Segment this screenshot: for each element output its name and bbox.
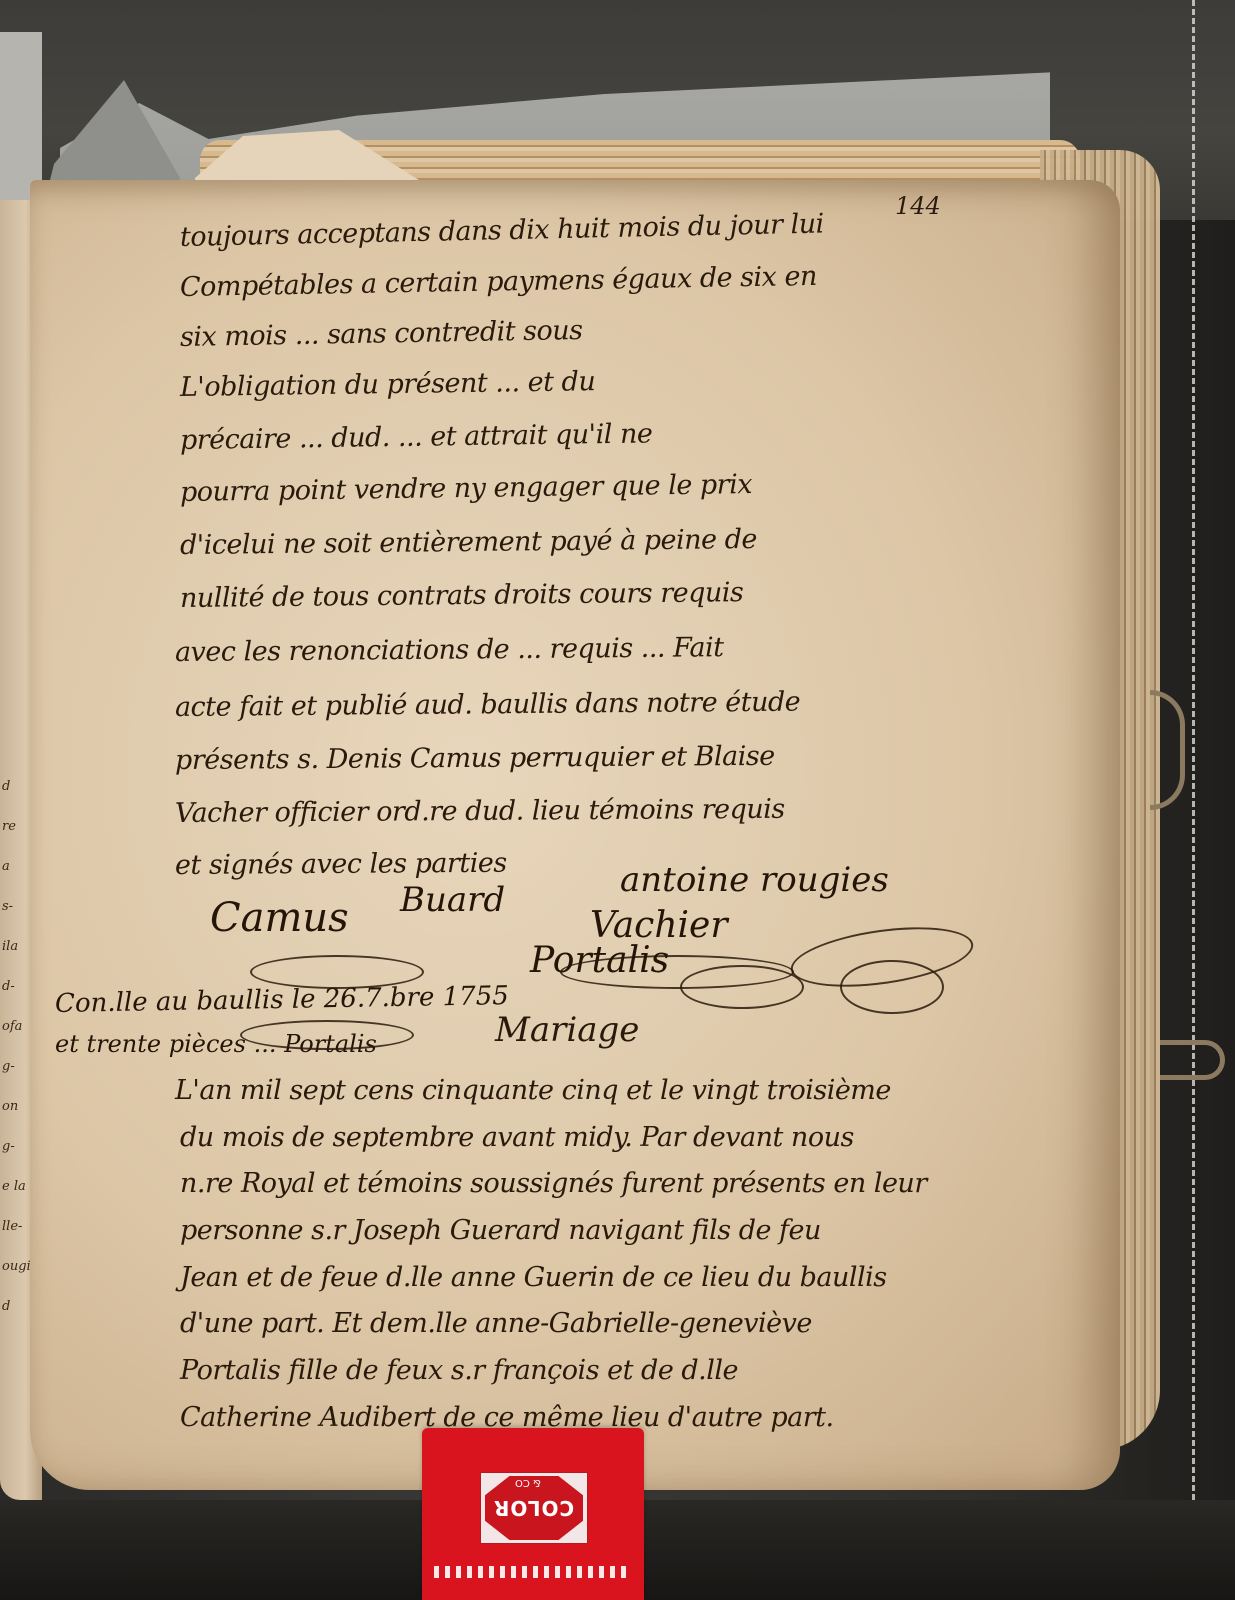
brand-logo: COLOR & CO (480, 1472, 588, 1544)
text-line: précaire ... dud. ... et attrait qu'il n… (180, 418, 653, 456)
color-reference-card: COLOR & CO (422, 1428, 644, 1600)
text-line: L'an mil sept cens cinquante cinq et le … (175, 1075, 891, 1106)
section-heading-mariage: Mariage (495, 1010, 639, 1050)
brand-name: COLOR (493, 1496, 574, 1520)
brand-sub: & CO (515, 1477, 541, 1488)
text-line: personne s.r Joseph Guerard navigant fil… (180, 1215, 821, 1246)
text-line: n.re Royal et témoins soussignés furent … (180, 1168, 927, 1199)
notary-paraph-flourish (680, 965, 804, 1009)
signature-camus: Camus (210, 895, 349, 941)
card-triangle-pattern (434, 1566, 632, 1578)
notary-paraph-flourish (840, 960, 944, 1014)
text-line: L'obligation du présent ... et du (180, 366, 596, 403)
text-line: Jean et de feue d.lle anne Guerin de ce … (180, 1262, 887, 1293)
text-line: nullité de tous contrats droits cours re… (180, 577, 744, 614)
signature-buard: Buard (400, 880, 505, 920)
text-line: du mois de septembre avant midy. Par dev… (180, 1122, 854, 1153)
text-line: d'icelui ne soit entièrement payé à pein… (180, 524, 757, 561)
margin-signature-flourish (240, 1020, 414, 1050)
text-line: Portalis fille de feux s.r françois et d… (180, 1355, 738, 1386)
text-line: acte fait et publié aud. baullis dans no… (175, 687, 800, 723)
binding-string (1160, 1040, 1225, 1080)
signature-portalis: Portalis (530, 940, 669, 981)
signature-antoine-rougies: antoine rougies (620, 860, 889, 900)
text-line: et signés avec les parties (175, 848, 507, 881)
text-line: Vacher officier ord.re dud. lieu témoins… (175, 794, 785, 829)
page-number: 144 (895, 192, 941, 220)
text-line: présents s. Denis Camus perruquier et Bl… (175, 741, 775, 776)
measuring-string (1192, 0, 1195, 1600)
text-line: d'une part. Et dem.lle anne-Gabrielle-ge… (180, 1308, 812, 1339)
binding-string (1150, 690, 1185, 810)
text-line: avec les renonciations de ... requis ...… (175, 632, 724, 668)
